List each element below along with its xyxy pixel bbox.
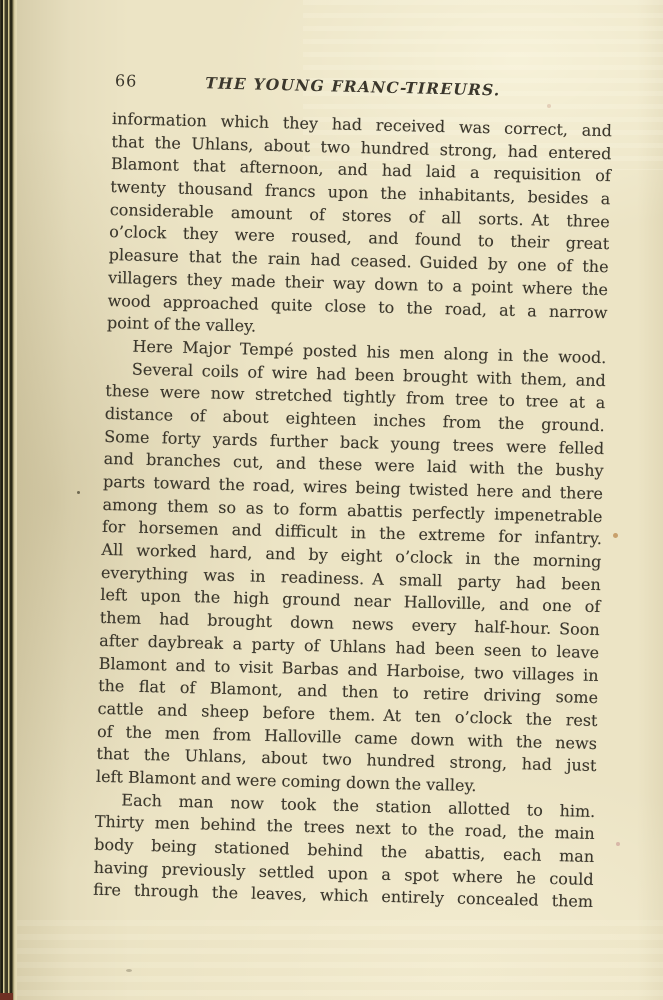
book-binding-edge [0, 0, 17, 1000]
scan-artifact-speck [616, 842, 620, 846]
text-column: information which they had received was … [93, 108, 612, 914]
scan-artifact-speck [613, 533, 618, 538]
paper-streaks-bottom [0, 920, 663, 1000]
scanned-book-page: 66 THE YOUNG FRANC-TIREURS. information … [0, 0, 663, 1000]
running-header-title: THE YOUNG FRANC-TIREURS. [113, 70, 593, 104]
book-cover-corner [0, 993, 13, 1000]
page-header-row: 66 THE YOUNG FRANC-TIREURS. [113, 70, 613, 104]
printed-text-block: 66 THE YOUNG FRANC-TIREURS. information … [93, 70, 613, 914]
scan-artifact-speck [77, 491, 80, 494]
scan-artifact-speck [126, 969, 132, 972]
